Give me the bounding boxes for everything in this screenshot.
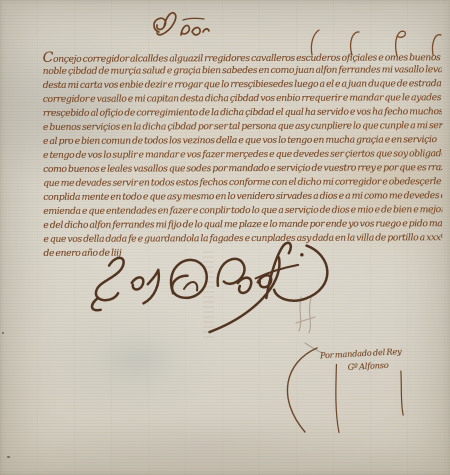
paper-speck bbox=[2, 332, 4, 334]
paraph-curve bbox=[272, 342, 324, 437]
heading-mark-el-rey bbox=[148, 8, 210, 44]
docket: Por mandado del Rey Gº Alfonso bbox=[320, 343, 450, 443]
letter-body: Conçejo corregidor alcalldes alguazil rr… bbox=[43, 49, 443, 263]
paper-speck bbox=[7, 456, 10, 458]
manuscript-page: Conçejo corregidor alcalldes alguazil rr… bbox=[0, 0, 450, 475]
docket-descender-strokes bbox=[320, 343, 450, 443]
